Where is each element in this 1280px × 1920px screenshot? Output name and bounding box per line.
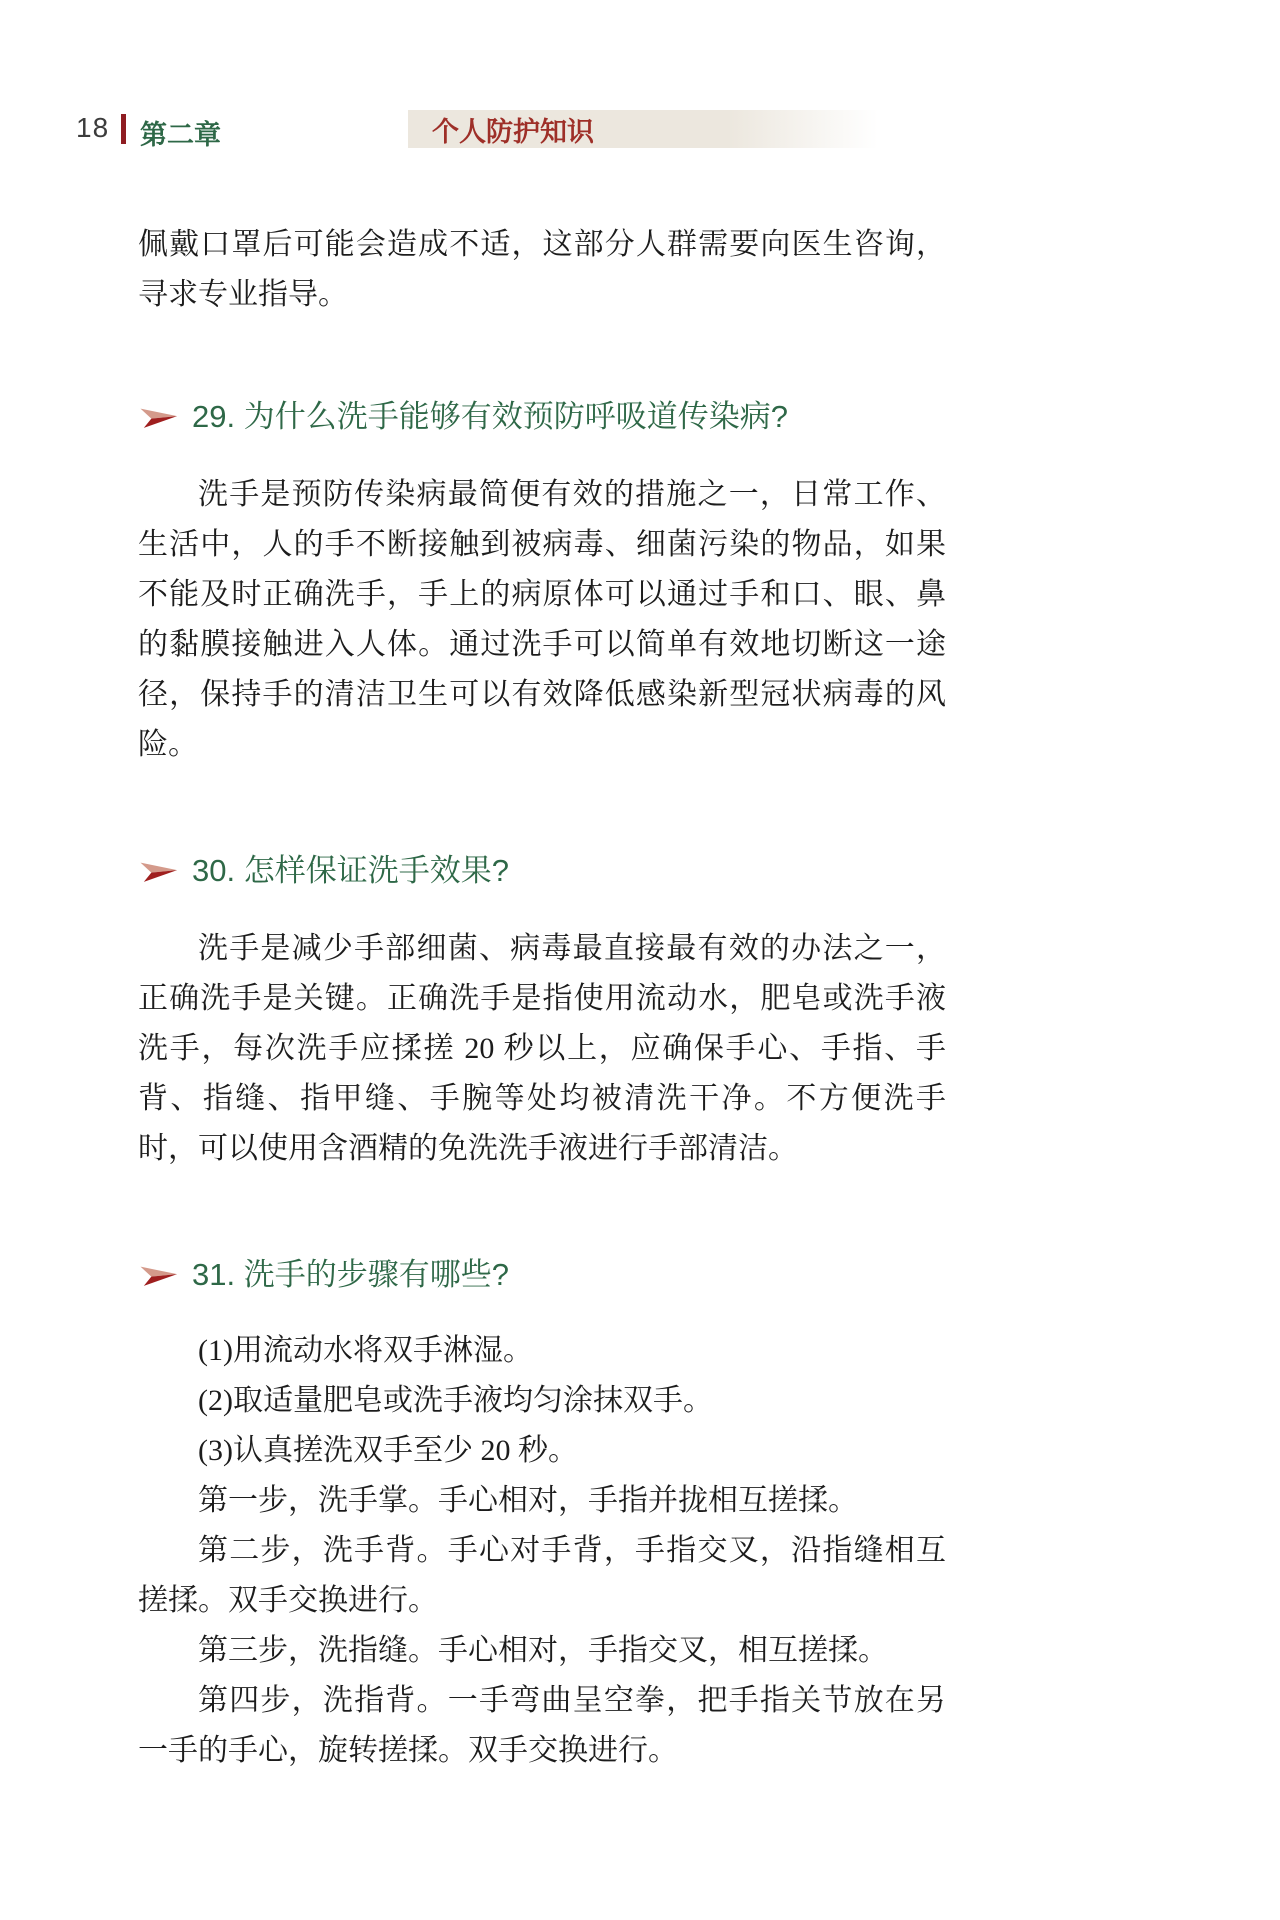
section-30-paragraph: 洗手是减少手部细菌、病毒最直接最有效的办法之一，正确洗手是关键。正确洗手是指使用… (138, 924, 946, 1174)
intro-paragraph: 佩戴口罩后可能会造成不适，这部分人群需要向医生咨询，寻求专业指导。 (138, 220, 946, 320)
arrow-marker-icon (138, 856, 178, 886)
step-item-5: 第二步，洗手背。手心对手背，手指交叉，沿指缝相互搓揉。双手交换进行。 (138, 1526, 946, 1626)
step-item-7: 第四步，洗指背。一手弯曲呈空拳，把手指关节放在另一手的手心，旋转搓揉。双手交换进… (138, 1676, 946, 1776)
arrow-marker-icon (138, 1260, 178, 1290)
document-page: 18 第二章 个人防护知识 佩戴口罩后可能会造成不适，这部分人群需要向医生咨询，… (0, 0, 1280, 1920)
section-29-heading: 29. 为什么洗手能够有效预防呼吸道传染病? (138, 392, 946, 442)
header-divider-bar (121, 114, 126, 144)
section-29-paragraph: 洗手是预防传染病最简便有效的措施之一，日常工作、生活中，人的手不断接触到被病毒、… (138, 470, 946, 770)
section-31: 31. 洗手的步骤有哪些? (1)用流动水将双手淋湿。 (2)取适量肥皂或洗手液… (138, 1250, 946, 1776)
step-item-2: (2)取适量肥皂或洗手液均匀涂抹双手。 (138, 1376, 946, 1426)
section-31-heading-text: 31. 洗手的步骤有哪些? (192, 1250, 509, 1300)
section-30-heading-text: 30. 怎样保证洗手效果? (192, 846, 509, 896)
arrow-marker-icon (138, 402, 178, 432)
section-29: 29. 为什么洗手能够有效预防呼吸道传染病? 洗手是预防传染病最简便有效的措施之… (138, 392, 946, 770)
page-body: 佩戴口罩后可能会造成不适，这部分人群需要向医生咨询，寻求专业指导。 29. 为什… (138, 0, 946, 1776)
step-item-3: (3)认真搓洗双手至少 20 秒。 (138, 1426, 946, 1476)
section-29-heading-text: 29. 为什么洗手能够有效预防呼吸道传染病? (192, 392, 788, 442)
hand-washing-steps-list: (1)用流动水将双手淋湿。 (2)取适量肥皂或洗手液均匀涂抹双手。 (3)认真搓… (138, 1326, 946, 1776)
step-item-1: (1)用流动水将双手淋湿。 (138, 1326, 946, 1376)
step-item-6: 第三步，洗指缝。手心相对，手指交叉，相互搓揉。 (138, 1626, 946, 1676)
section-30: 30. 怎样保证洗手效果? 洗手是减少手部细菌、病毒最直接最有效的办法之一，正确… (138, 846, 946, 1174)
section-31-heading: 31. 洗手的步骤有哪些? (138, 1250, 946, 1300)
page-number: 18 (76, 112, 109, 144)
section-30-heading: 30. 怎样保证洗手效果? (138, 846, 946, 896)
step-item-4: 第一步，洗手掌。手心相对，手指并拢相互搓揉。 (138, 1476, 946, 1526)
